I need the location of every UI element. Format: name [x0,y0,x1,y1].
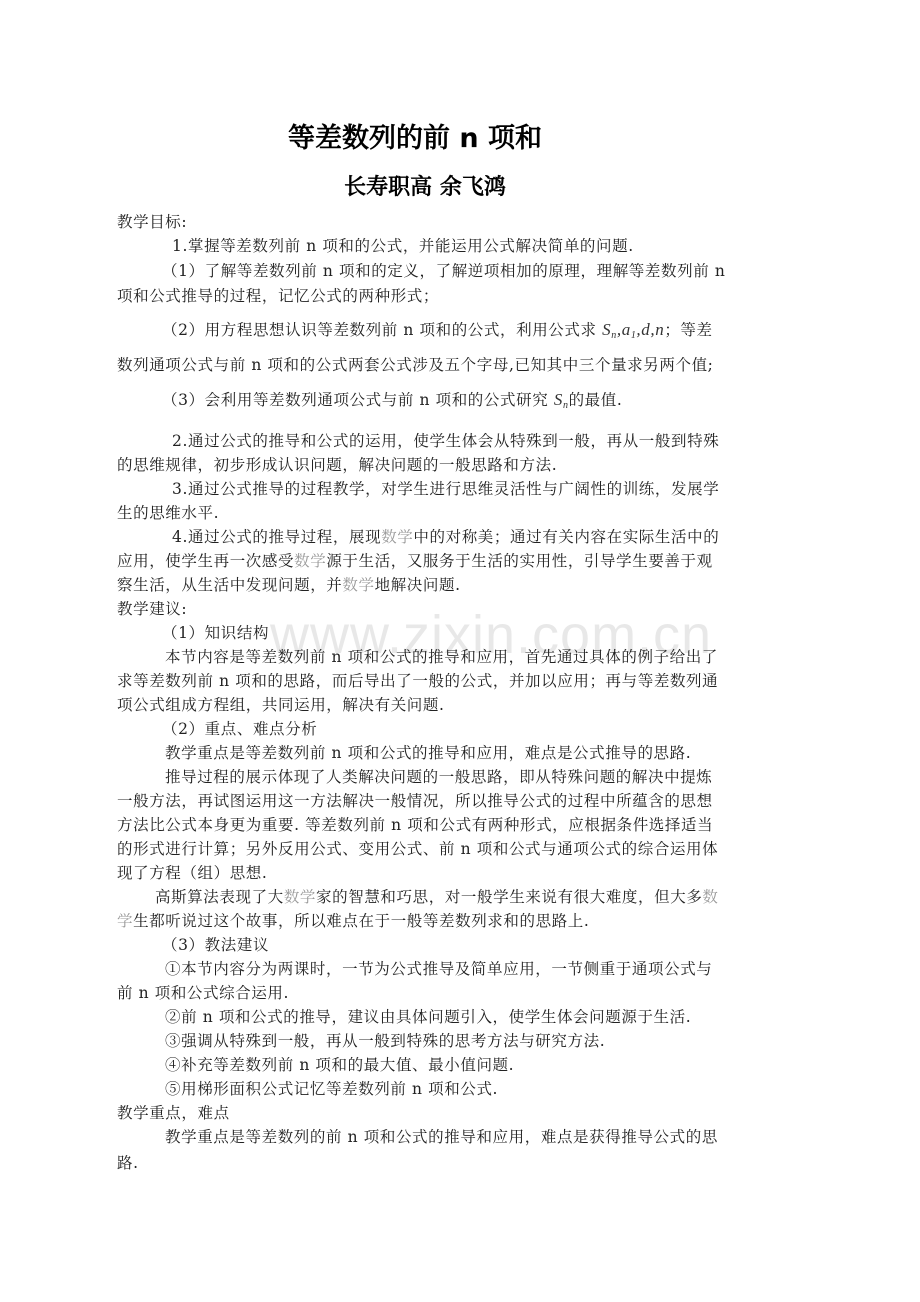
math-link[interactable]: 数学 [381,528,413,546]
formula-vars: Sn,a1,d,n [602,320,664,339]
goal-item-3b: 生的思维水平. [117,503,219,523]
suggestion-2c: 一般方法，再试图运用这一方法解决一般情况，所以推导公式的过程中所蕴含的思想 [117,791,713,811]
focus-text-b: 路. [117,1153,139,1173]
document-author: 长寿职高 余飞鸿 [0,170,850,201]
goal-sub-3-tail: 的最值. [569,391,623,409]
text: 地解决问题. [375,576,461,594]
suggestion-1b: 求等差数列前 n 项和的思路，而后导出了一般的公式，并加以应用；再与等差数列通 [117,671,718,691]
goal-item-2a: 2.通过公式的推导和公式的运用，使学生体会从特殊到一般，再从一般到特殊 [172,431,719,451]
text: 家的智慧和巧思，对一般学生来说有很大难度，但大多 [316,888,702,906]
goal-item-4c: 察生活，从生活中发现问题，并数学地解决问题. [117,575,461,595]
suggestion-2e: 的形式进行计算；另外反用公式、变用公式、前 n 项和公式与通项公式的综合运用体 [117,839,718,859]
suggestion-2f: 现了方程（组）思想. [117,863,267,883]
suggestion-2a: 教学重点是等差数列前 n 项和公式的推导和应用，难点是公式推导的思路. [165,743,691,763]
math-link[interactable]: 数 [702,888,718,906]
goal-item-4a: 4.通过公式的推导过程，展现数学中的对称美；通过有关内容在实际生活中的 [172,527,719,547]
text: 源于生活，又服务于生活的实用性，引导学生要善于观 [326,552,712,570]
math-link[interactable]: 数学 [294,552,326,570]
goal-sub-3: （3）会利用等差数列通项公式与前 n 项和的公式研究 Sn的最值. [162,390,622,416]
document-page: www.zixin.com.cn 等差数列的前 n 项和 长寿职高 余飞鸿 教学… [0,0,920,1302]
formula-S: S [554,390,563,409]
math-link[interactable]: 数学 [284,888,316,906]
suggestion-2h: 学生都听说过这个故事，所以难点在于一般等差数列求和的思路上. [117,911,589,931]
focus-text-a: 教学重点是等差数列的前 n 项和公式的推导和应用，难点是获得推导公式的思 [165,1127,718,1147]
suggestion-2-heading: （2）重点、难点分析 [162,719,317,739]
suggestion-3-item-5: ⑤用梯形面积公式记忆等差数列前 n 项和公式. [165,1079,498,1099]
formula-Sn: Sn [554,390,569,409]
section-heading-suggestions: 教学建议: [117,599,187,619]
formula-a: ,a [617,320,631,339]
goal-sub-3-text: （3）会利用等差数列通项公式与前 n 项和的公式研究 [162,391,548,409]
goal-sub-2b: 数列通项公式与前 n 项和的公式两套公式涉及五个字母,已知其中三个量求另两个值; [117,355,714,375]
suggestion-3-item-2: ②前 n 项和公式的推导，建议由具体问题引入，使学生体会问题源于生活. [165,1007,691,1027]
section-heading-goals: 教学目标: [117,212,187,232]
suggestion-1-heading: （1）知识结构 [162,623,269,643]
goal-item-2b: 的思维规律，初步形成认识问题，解决问题的一般思路和方法. [117,455,557,475]
suggestion-2g: 高斯算法表现了大数学家的智慧和巧思，对一般学生来说有很大难度，但大多数 [155,887,719,907]
math-link[interactable]: 学 [117,912,133,930]
text: 生都听说过这个故事，所以难点在于一般等差数列求和的思路上. [133,912,589,930]
suggestion-2d: 方法比公式本身更为重要. 等差数列前 n 项和公式有两种形式，应根据条件选择适当 [117,815,713,835]
text: 高斯算法表现了大 [155,888,284,906]
suggestion-3-item-1a: ①本节内容分为两课时，一节为公式推导及简单应用，一节侧重于通项公式与 [165,959,712,979]
goal-sub-1b: 项和公式推导的过程，记忆公式的两种形式； [117,286,439,306]
text: 4.通过公式的推导过程，展现 [172,528,381,546]
suggestion-3-item-4: ④补充等差数列前 n 项和的最大值、最小值问题. [165,1055,514,1075]
formula-dn: ,d,n [636,320,664,339]
goal-item-4b: 应用，使学生再一次感受数学源于生活，又服务于生活的实用性，引导学生要善于观 [117,551,713,571]
document-title: 等差数列的前 n 项和 [0,116,830,155]
goal-sub-2a-tail: ；等差 [664,321,712,339]
text: 应用，使学生再一次感受 [117,552,294,570]
suggestion-1c: 项公式组成方程组，共同运用，解决有关问题. [117,695,445,715]
text: 中的对称美；通过有关内容在实际生活中的 [413,528,719,546]
suggestion-3-item-1b: 前 n 项和公式综合运用. [117,983,289,1003]
math-link[interactable]: 数学 [342,576,374,594]
suggestion-3-item-3: ③强调从特殊到一般，再从一般到特殊的思考方法与研究方法. [165,1031,605,1051]
suggestion-1a: 本节内容是等差数列前 n 项和公式的推导和应用，首先通过具体的例子给出了 [165,647,718,667]
goal-sub-2a-text: （2）用方程思想认识等差数列前 n 项和的公式，利用公式求 [162,321,597,339]
formula-S: S [602,320,611,339]
goal-sub-1a: （1）了解等差数列前 n 项和的定义，了解逆项相加的原理，理解等差数列前 n [162,261,725,281]
suggestion-3-heading: （3）教法建议 [162,935,269,955]
text: 察生活，从生活中发现问题，并 [117,576,342,594]
goal-item-3a: 3.通过公式推导的过程教学，对学生进行思维灵活性与广阔性的训练，发展学 [172,479,719,499]
section-heading-focus: 教学重点，难点 [117,1103,230,1123]
goal-item-1: 1.掌握等差数列前 n 项和的公式，并能运用公式解决简单的问题. [172,236,634,256]
goal-sub-2a: （2）用方程思想认识等差数列前 n 项和的公式，利用公式求 Sn,a1,d,n；… [162,320,713,346]
suggestion-2b: 推导过程的展示体现了人类解决问题的一般思路，即从特殊问题的解决中提炼 [165,767,712,787]
